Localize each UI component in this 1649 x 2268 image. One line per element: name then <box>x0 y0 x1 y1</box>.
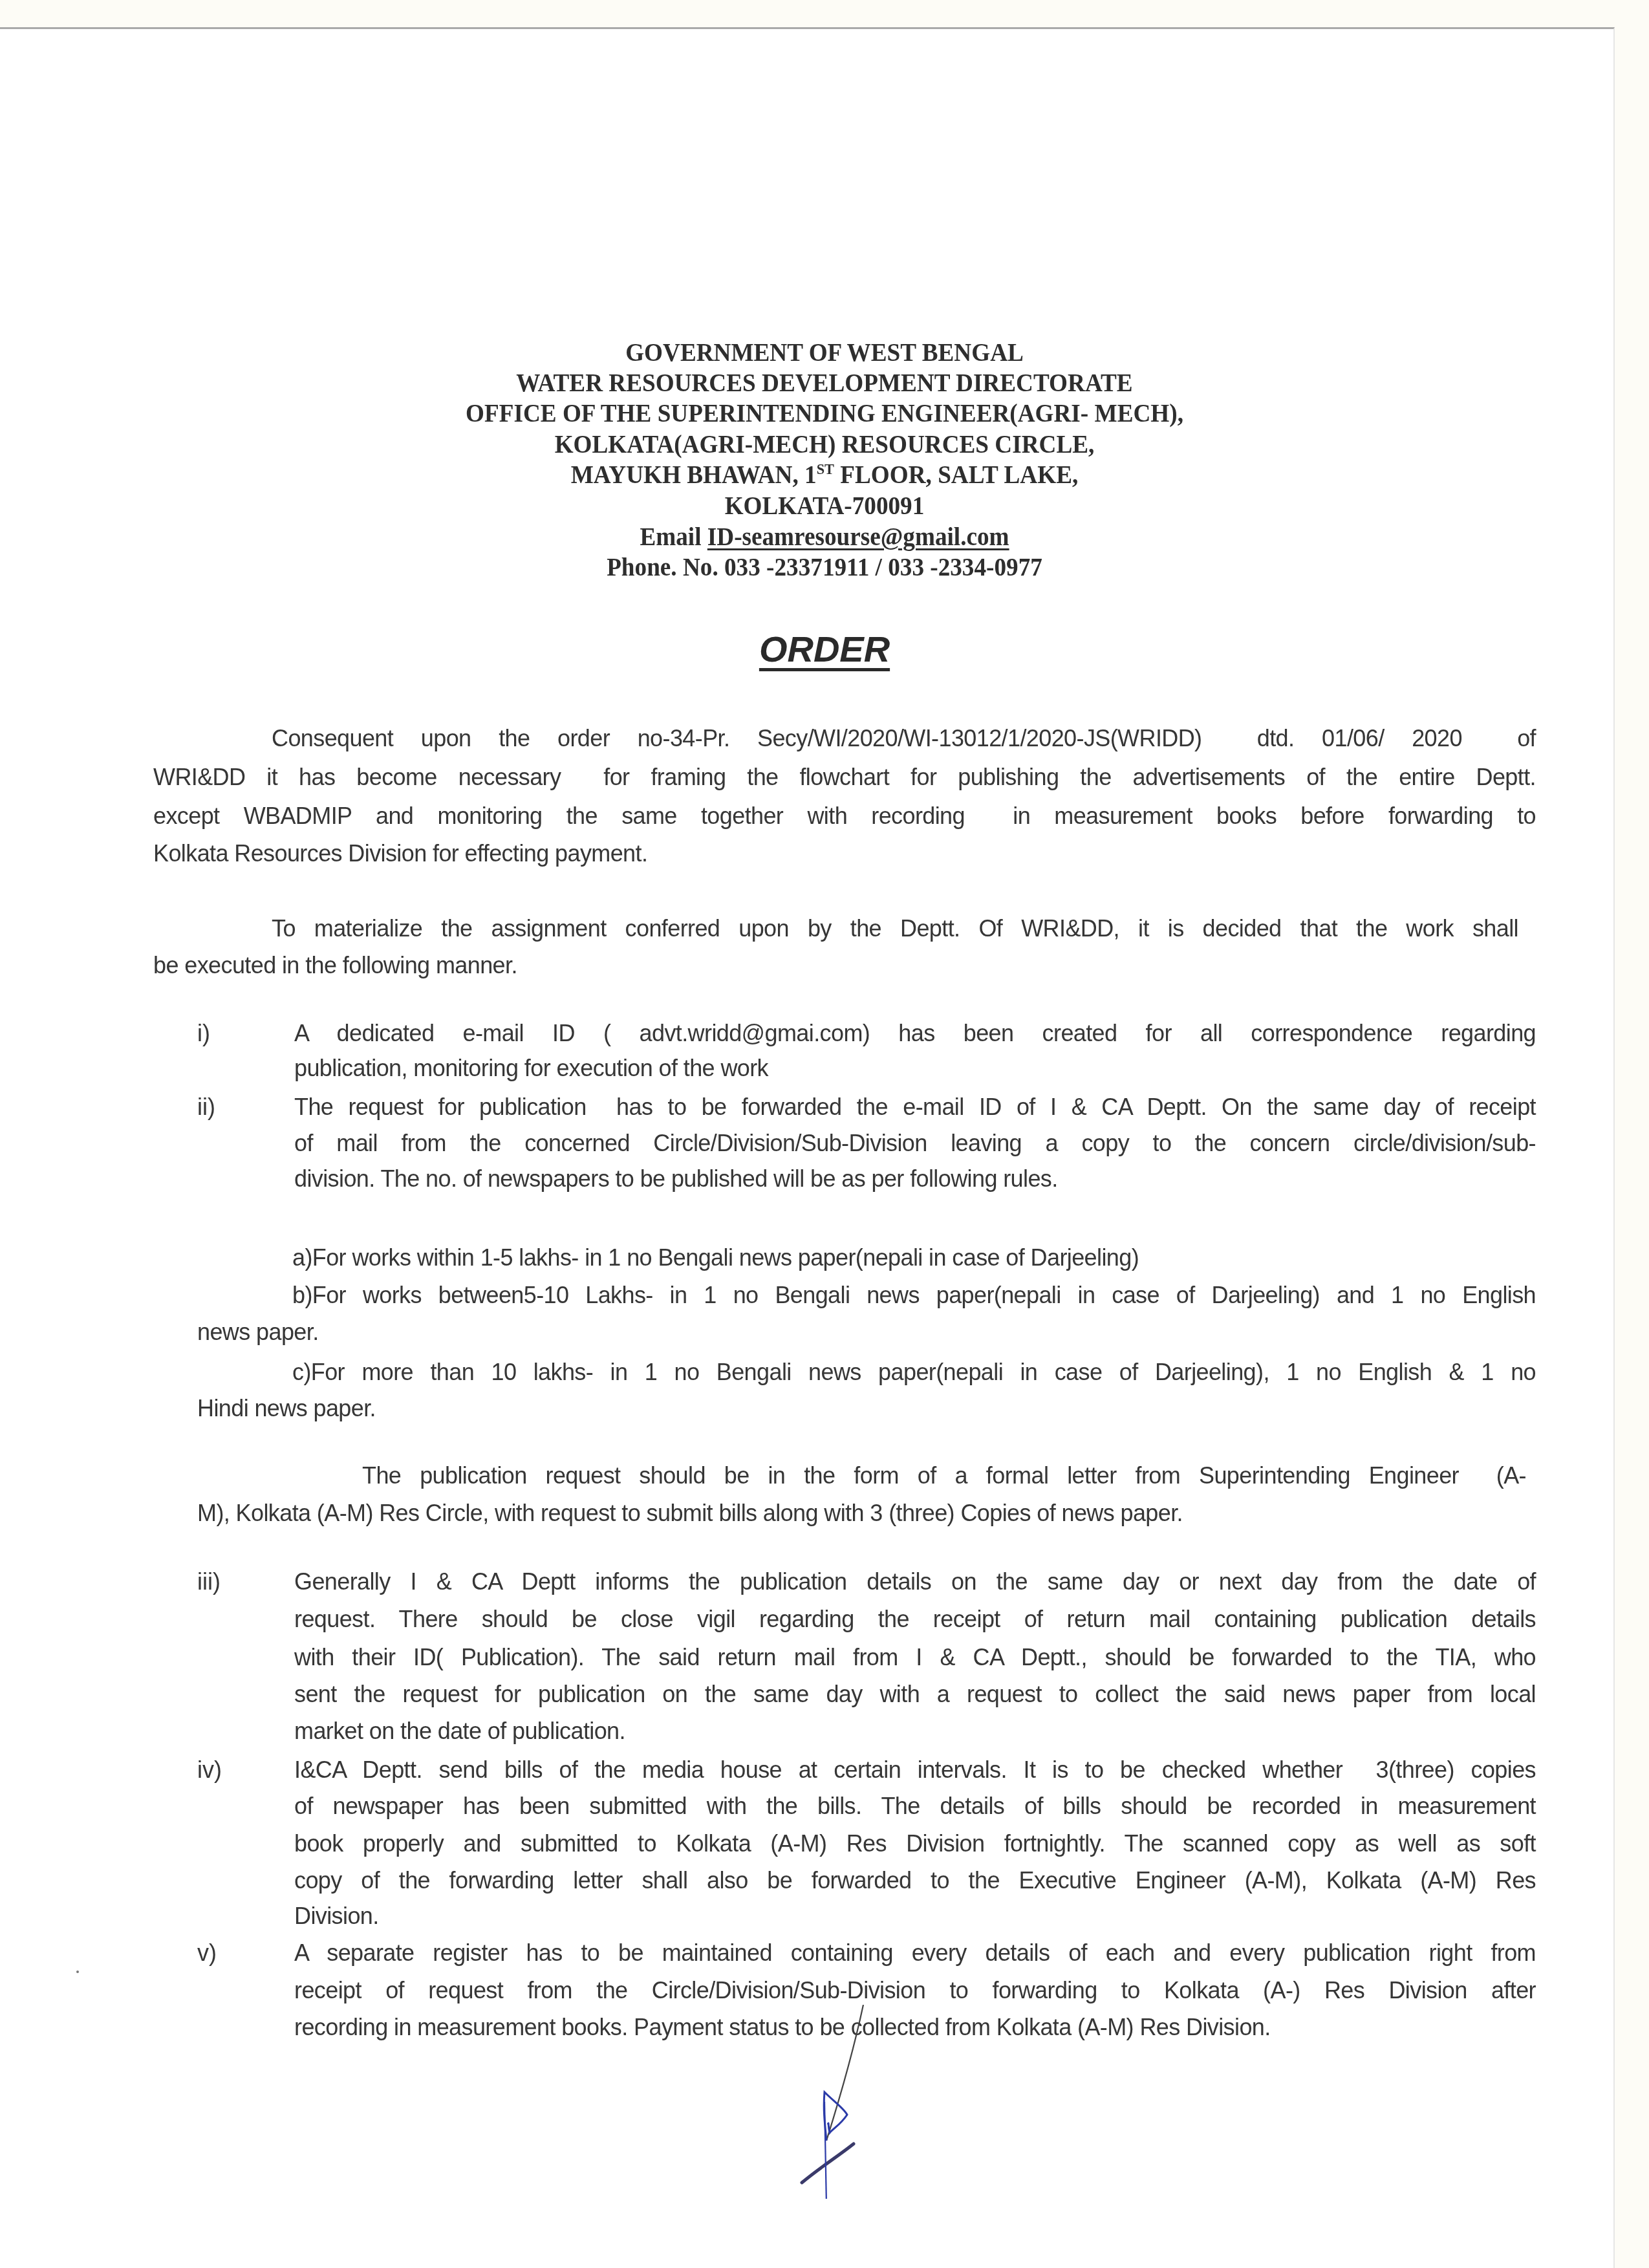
para1-line: Consequent upon the order no-34-Pr. Secy… <box>272 724 1536 753</box>
item-number: ii) <box>197 1093 215 1121</box>
item-line: I&CA Deptt. send bills of the media hous… <box>294 1756 1536 1784</box>
header-address: MAYUKH BHAWAN, 1ST FLOOR, SALT LAKE, <box>58 459 1591 490</box>
item-line: book properly and submitted to Kolkata (… <box>294 1830 1536 1858</box>
item-line: receipt of request from the Circle/Divis… <box>294 1976 1536 2005</box>
item-line: market on the date of publication. <box>294 1717 1536 1745</box>
email-label: Email <box>640 522 707 551</box>
para2-line: To materialize the assignment conferred … <box>272 914 1518 943</box>
rule-c-cont: Hindi news paper. <box>197 1394 1536 1423</box>
item-number: iv) <box>197 1756 222 1784</box>
header-phone: Phone. No. 033 -23371911 / 033 -2334-097… <box>58 552 1591 582</box>
item-line: with their ID( Publication). The said re… <box>294 1643 1536 1672</box>
item-line: The request for publication has to be fo… <box>294 1093 1536 1121</box>
item-number: i) <box>197 1019 210 1048</box>
para2-line: be executed in the following manner. <box>153 951 1536 980</box>
header-directorate: WATER RESOURCES DEVELOPMENT DIRECTORATE <box>58 367 1591 398</box>
rule-b-cont: news paper. <box>197 1318 1536 1346</box>
order-title-text: ORDER <box>759 629 890 669</box>
rule-c: c)For more than 10 lakhs- in 1 no Bengal… <box>292 1358 1536 1387</box>
header-circle: KOLKATA(AGRI-MECH) RESOURCES CIRCLE, <box>58 429 1591 459</box>
item-line: of newspaper has been submitted with the… <box>294 1792 1536 1820</box>
order-title: ORDER <box>0 629 1649 670</box>
header-address-sup: ST <box>817 461 834 478</box>
item-line: publication, monitoring for execution of… <box>294 1054 1536 1083</box>
item-number: iii) <box>197 1568 221 1596</box>
email-link[interactable]: ID-seamresourse@gmail.com <box>707 522 1009 551</box>
item-number: v) <box>197 1939 217 1967</box>
item-line: copy of the forwarding letter shall also… <box>294 1866 1536 1895</box>
signature-icon <box>763 2005 931 2199</box>
scan-speck <box>76 1971 79 1973</box>
item-line: request. There should be close vigil reg… <box>294 1605 1536 1634</box>
publication-para-line: The publication request should be in the… <box>362 1462 1526 1490</box>
item-line: Division. <box>294 1902 1536 1930</box>
item-line: A dedicated e-mail ID ( advt.wridd@gmai.… <box>294 1019 1536 1048</box>
para1-line: except WBADMIP and monitoring the same t… <box>153 802 1536 830</box>
header-address-main: MAYUKH BHAWAN, 1 <box>571 460 817 489</box>
item-line: of mail from the concerned Circle/Divisi… <box>294 1129 1536 1158</box>
header-address-rest: FLOOR, SALT LAKE, <box>834 460 1078 489</box>
publication-para-line: M), Kolkata (A-M) Res Circle, with reque… <box>197 1499 1536 1528</box>
item-line: Generally I & CA Deptt informs the publi… <box>294 1568 1536 1596</box>
para1-line: Kolkata Resources Division for effecting… <box>153 839 1536 868</box>
header-office: OFFICE OF THE SUPERINTENDING ENGINEER(AG… <box>58 398 1591 428</box>
item-line: A separate register has to be maintained… <box>294 1939 1536 1967</box>
header-city: KOLKATA-700091 <box>58 490 1591 521</box>
header-government: GOVERNMENT OF WEST BENGAL <box>58 337 1591 367</box>
header-email: Email ID-seamresourse@gmail.com <box>58 521 1591 552</box>
rule-a: a)For works within 1-5 lakhs- in 1 no Be… <box>292 1244 1536 1272</box>
rule-b: b)For works between5-10 Lakhs- in 1 no B… <box>292 1281 1536 1310</box>
item-line: sent the request for publication on the … <box>294 1680 1536 1709</box>
para1-line: WRI&DD it has become necessary for frami… <box>153 763 1536 792</box>
item-line: division. The no. of newspapers to be pu… <box>294 1165 1536 1193</box>
